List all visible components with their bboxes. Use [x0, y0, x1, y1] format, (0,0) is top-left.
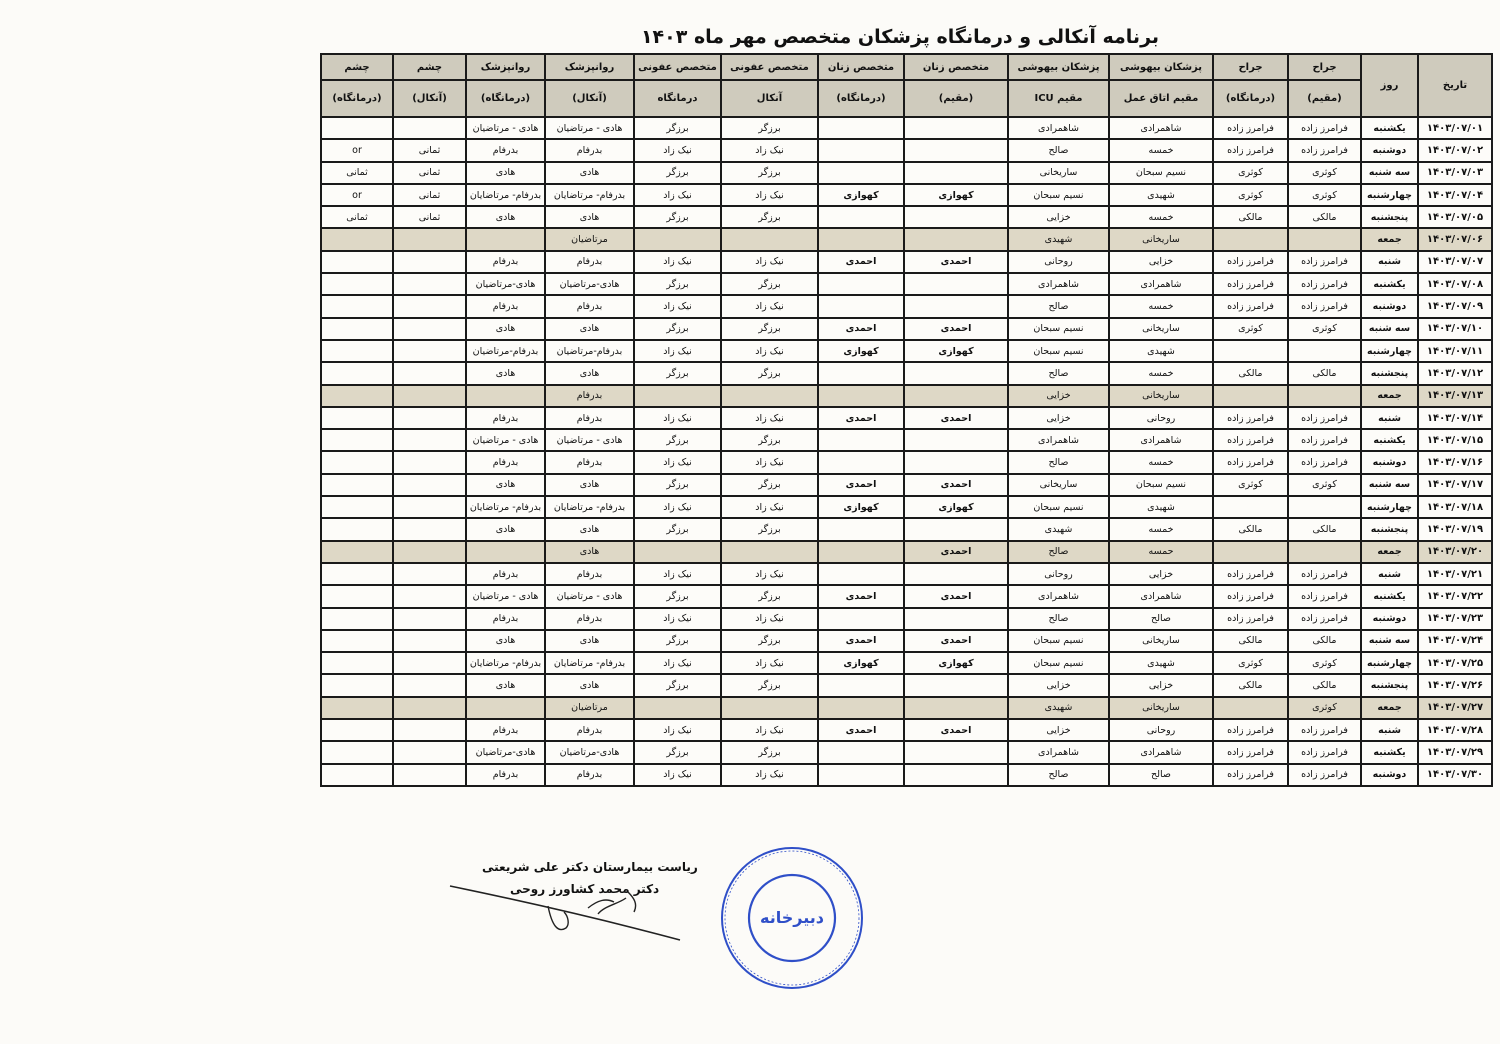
schedule-cell: بدرفام — [466, 608, 545, 630]
schedule-cell — [1213, 541, 1288, 563]
schedule-cell — [393, 741, 466, 763]
schedule-cell — [321, 652, 393, 674]
schedule-cell: حمسه — [1109, 541, 1213, 563]
schedule-table: تاریخروزجراحجراحپزشکان بیهوشیپزشکان بیهو… — [320, 53, 1493, 787]
schedule-cell: فرامرز زاده — [1213, 764, 1288, 786]
schedule-cell: خزایی — [1008, 385, 1109, 407]
schedule-cell — [393, 474, 466, 496]
day-cell: چهارشنبه — [1361, 184, 1418, 206]
schedule-cell — [904, 429, 1008, 451]
schedule-cell: هادی-مرتاضیان — [466, 741, 545, 763]
date-cell: ۱۴۰۳/۰۷/۲۷ — [1418, 697, 1492, 719]
schedule-cell: مالکی — [1288, 674, 1361, 696]
schedule-cell — [721, 541, 818, 563]
schedule-cell: بدرفام — [545, 764, 634, 786]
schedule-cell — [721, 697, 818, 719]
schedule-cell: کوثری — [1213, 162, 1288, 184]
table-row-friday: ۱۴۰۳/۰۷/۰۶جمعهساریخانیشهیدیمرتاضیان — [321, 228, 1492, 250]
schedule-cell: کهوازی — [904, 652, 1008, 674]
schedule-cell: کهوازی — [904, 340, 1008, 362]
day-cell: پنجشنبه — [1361, 674, 1418, 696]
schedule-cell: بدرفام — [466, 295, 545, 317]
table-row: ۱۴۰۳/۰۷/۰۸یکشنبهفرامرز زادهفرامرز زادهشا… — [321, 273, 1492, 295]
schedule-cell: احمدی — [818, 407, 904, 429]
table-row: ۱۴۰۳/۰۷/۰۹دوشنبهفرامرز زادهفرامرز زادهخم… — [321, 295, 1492, 317]
schedule-cell — [818, 764, 904, 786]
schedule-cell: برزگر — [634, 117, 721, 139]
date-cell: ۱۴۰۳/۰۷/۲۶ — [1418, 674, 1492, 696]
schedule-cell — [904, 741, 1008, 763]
schedule-cell: برزگر — [634, 518, 721, 540]
schedule-cell: هادی — [466, 362, 545, 384]
schedule-cell — [321, 407, 393, 429]
schedule-cell: ثمانی — [321, 206, 393, 228]
schedule-cell: خمسه — [1109, 206, 1213, 228]
schedule-cell — [818, 741, 904, 763]
schedule-cell: بدرفام- مرتاضایان — [545, 184, 634, 206]
header-col-top: چشم — [393, 54, 466, 80]
schedule-cell: نسیم سبحان — [1008, 630, 1109, 652]
header-col-bottom: (درمانگاه) — [818, 80, 904, 117]
table-row-friday: ۱۴۰۳/۰۷/۱۳جمعهساریخانیخزاییبدرفام — [321, 385, 1492, 407]
schedule-cell: برزگر — [721, 206, 818, 228]
schedule-cell — [818, 295, 904, 317]
schedule-cell: احمدی — [904, 719, 1008, 741]
schedule-cell: برزگر — [634, 362, 721, 384]
schedule-cell: نسیم سبحان — [1109, 162, 1213, 184]
schedule-cell: خزایی — [1008, 407, 1109, 429]
schedule-cell: نیک زاد — [634, 496, 721, 518]
schedule-cell: برزگر — [721, 117, 818, 139]
schedule-cell: ثمانی — [393, 139, 466, 161]
date-cell: ۱۴۰۳/۰۷/۰۸ — [1418, 273, 1492, 295]
schedule-cell: نیک زاد — [721, 496, 818, 518]
day-cell: شنبه — [1361, 719, 1418, 741]
table-row: ۱۴۰۳/۰۷/۳۰دوشنبهفرامرز زادهفرامرز زادهصا… — [321, 764, 1492, 786]
schedule-cell: خزایی — [1109, 251, 1213, 273]
schedule-cell: مرتاضیان — [545, 228, 634, 250]
schedule-cell: فرامرز زاده — [1288, 295, 1361, 317]
schedule-cell — [1213, 340, 1288, 362]
schedule-cell: ساریخانی — [1109, 228, 1213, 250]
schedule-cell: خزایی — [1008, 674, 1109, 696]
schedule-cell: برزگر — [721, 674, 818, 696]
schedule-cell: بدرفام- مرتاضایان — [545, 496, 634, 518]
schedule-cell — [904, 385, 1008, 407]
schedule-cell: نیک زاد — [721, 451, 818, 473]
date-cell: ۱۴۰۳/۰۷/۲۹ — [1418, 741, 1492, 763]
schedule-cell: فرامرز زاده — [1213, 407, 1288, 429]
schedule-cell — [466, 541, 545, 563]
header-day: روز — [1361, 54, 1418, 117]
schedule-cell — [393, 719, 466, 741]
schedule-cell — [721, 385, 818, 407]
schedule-cell: خزایی — [1109, 674, 1213, 696]
schedule-cell — [393, 608, 466, 630]
date-cell: ۱۴۰۳/۰۷/۱۱ — [1418, 340, 1492, 362]
schedule-cell: صالح — [1008, 295, 1109, 317]
schedule-cell — [818, 674, 904, 696]
date-cell: ۱۴۰۳/۰۷/۲۴ — [1418, 630, 1492, 652]
schedule-cell — [904, 518, 1008, 540]
schedule-cell: شهیدی — [1008, 518, 1109, 540]
schedule-cell — [1288, 228, 1361, 250]
schedule-cell: احمدی — [818, 251, 904, 273]
schedule-cell: احمدی — [904, 251, 1008, 273]
schedule-cell — [818, 117, 904, 139]
schedule-cell: هادی — [466, 206, 545, 228]
schedule-cell — [393, 362, 466, 384]
schedule-cell: برزگر — [634, 585, 721, 607]
schedule-cell: فرامرز زاده — [1213, 273, 1288, 295]
schedule-cell: نیک زاد — [721, 251, 818, 273]
schedule-cell: بدرفام — [545, 295, 634, 317]
schedule-cell: احمدی — [904, 407, 1008, 429]
schedule-cell: فرامرز زاده — [1288, 429, 1361, 451]
schedule-cell: فرامرز زاده — [1288, 719, 1361, 741]
table-row: ۱۴۰۳/۰۷/۲۹یکشنبهفرامرز زادهفرامرز زادهشا… — [321, 741, 1492, 763]
date-cell: ۱۴۰۳/۰۷/۱۷ — [1418, 474, 1492, 496]
table-row: ۱۴۰۳/۰۷/۱۴شنبهفرامرز زادهفرامرز زادهروحا… — [321, 407, 1492, 429]
schedule-cell: کهوازی — [818, 652, 904, 674]
schedule-cell: برزگر — [634, 206, 721, 228]
day-cell: یکشنبه — [1361, 741, 1418, 763]
schedule-cell — [321, 563, 393, 585]
schedule-cell: صالح — [1109, 764, 1213, 786]
schedule-cell: بدرفام — [466, 764, 545, 786]
schedule-cell: روحانی — [1109, 719, 1213, 741]
schedule-cell — [818, 518, 904, 540]
table-row: ۱۴۰۳/۰۷/۱۰سه شنبهکوثریکوثریساریخانینسیم … — [321, 318, 1492, 340]
table-row: ۱۴۰۳/۰۷/۱۹پنجشنبهمالکیمالکیخمسهشهیدیبرزگ… — [321, 518, 1492, 540]
date-cell: ۱۴۰۳/۰۷/۰۲ — [1418, 139, 1492, 161]
schedule-cell: هادی-مرتاضیان — [466, 273, 545, 295]
schedule-cell — [818, 608, 904, 630]
title-text: برنامه آنکالی و درمانگاه پزشکان متخصص مه… — [641, 26, 1159, 48]
day-cell: سه شنبه — [1361, 630, 1418, 652]
schedule-cell: نسیم سبحان — [1008, 318, 1109, 340]
schedule-cell: بدرفام — [545, 608, 634, 630]
schedule-cell: مالکی — [1288, 206, 1361, 228]
date-cell: ۱۴۰۳/۰۷/۲۲ — [1418, 585, 1492, 607]
schedule-cell: فرامرز زاده — [1288, 741, 1361, 763]
day-cell: یکشنبه — [1361, 117, 1418, 139]
schedule-cell: فرامرز زاده — [1288, 764, 1361, 786]
schedule-cell: شاهمرادی — [1008, 741, 1109, 763]
schedule-cell: برزگر — [721, 429, 818, 451]
date-cell: ۱۴۰۳/۰۷/۲۳ — [1418, 608, 1492, 630]
table-row: ۱۴۰۳/۰۷/۲۵چهارشنبهکوثریکوثریشهیدینسیم سب… — [321, 652, 1492, 674]
header-col-top: متخصص عفونی — [634, 54, 721, 80]
header-col-bottom: (درمانگاه) — [466, 80, 545, 117]
header-col-top: جراح — [1213, 54, 1288, 80]
table-row-friday: ۱۴۰۳/۰۷/۲۷جمعهکوثریساریخانیشهیدیمرتاضیان — [321, 697, 1492, 719]
schedule-cell: فرامرز زاده — [1213, 117, 1288, 139]
schedule-cell — [904, 764, 1008, 786]
schedule-cell: بدرفام — [466, 251, 545, 273]
schedule-cell: فرامرز زاده — [1213, 585, 1288, 607]
schedule-cell: احمدی — [818, 585, 904, 607]
schedule-cell: کوثری — [1288, 162, 1361, 184]
schedule-cell: خمسه — [1109, 139, 1213, 161]
schedule-cell — [904, 563, 1008, 585]
schedule-cell: احمدی — [818, 474, 904, 496]
schedule-cell: روحانی — [1008, 563, 1109, 585]
schedule-cell: فرامرز زاده — [1288, 563, 1361, 585]
table-row: ۱۴۰۳/۰۷/۲۴سه شنبهمالکیمالکیساریخانینسیم … — [321, 630, 1492, 652]
table-row: ۱۴۰۳/۰۷/۱۶دوشنبهفرامرز زادهفرامرز زادهخم… — [321, 451, 1492, 473]
schedule-cell: برزگر — [721, 162, 818, 184]
schedule-cell — [1213, 496, 1288, 518]
schedule-cell: نیک زاد — [634, 139, 721, 161]
schedule-cell: هادی — [545, 674, 634, 696]
schedule-cell: کهوازی — [904, 496, 1008, 518]
schedule-cell: کهوازی — [904, 184, 1008, 206]
schedule-cell: بدرفام — [545, 385, 634, 407]
table-row: ۱۴۰۳/۰۷/۰۴چهارشنبهکوثریکوثریشهیدینسیم سب… — [321, 184, 1492, 206]
schedule-cell — [321, 228, 393, 250]
schedule-cell — [904, 228, 1008, 250]
header-col-bottom: (درمانگاه) — [321, 80, 393, 117]
schedule-cell: کوثری — [1213, 474, 1288, 496]
date-cell: ۱۴۰۳/۰۷/۲۸ — [1418, 719, 1492, 741]
schedule-cell: بدرفام-مرتاضیان — [466, 340, 545, 362]
schedule-cell: بدرفام- مرتاضایان — [466, 496, 545, 518]
schedule-cell: هادی — [545, 518, 634, 540]
schedule-cell: نیک زاد — [634, 184, 721, 206]
header-col-bottom: (مقیم) — [904, 80, 1008, 117]
signatory-title: ریاست بیمارستان دکتر علی شریعتی — [482, 860, 698, 874]
table-row: ۱۴۰۳/۰۷/۱۱چهارشنبهشهیدینسیم سبحانکهوازیک… — [321, 340, 1492, 362]
schedule-cell: برزگر — [721, 518, 818, 540]
schedule-cell: بدرفام- مرتاضایان — [466, 184, 545, 206]
day-cell: سه شنبه — [1361, 318, 1418, 340]
schedule-cell: بدرفام-مرتاضیان — [545, 340, 634, 362]
header-col-bottom: (مقیم) — [1288, 80, 1361, 117]
schedule-cell: نسیم سبحان — [1008, 184, 1109, 206]
table-body: ۱۴۰۳/۰۷/۰۱یکشنبهفرامرز زادهفرامرز زادهشا… — [321, 117, 1492, 786]
schedule-cell — [466, 385, 545, 407]
schedule-cell: مالکی — [1288, 518, 1361, 540]
schedule-cell — [321, 764, 393, 786]
schedule-cell: هادی — [545, 362, 634, 384]
schedule-cell — [634, 697, 721, 719]
schedule-cell: احمدی — [904, 474, 1008, 496]
schedule-cell: برزگر — [634, 318, 721, 340]
schedule-cell: بدرفام — [545, 139, 634, 161]
schedule-cell: کوثری — [1288, 697, 1361, 719]
schedule-cell — [818, 273, 904, 295]
day-cell: جمعه — [1361, 385, 1418, 407]
schedule-cell: شاهمرادی — [1008, 273, 1109, 295]
schedule-cell — [321, 117, 393, 139]
date-cell: ۱۴۰۳/۰۷/۱۶ — [1418, 451, 1492, 473]
header-col-bottom: (آنکال) — [393, 80, 466, 117]
schedule-cell: روحانی — [1008, 251, 1109, 273]
schedule-cell: هادی — [545, 541, 634, 563]
schedule-cell — [321, 674, 393, 696]
day-cell: یکشنبه — [1361, 429, 1418, 451]
schedule-cell: کوثری — [1213, 652, 1288, 674]
schedule-cell — [818, 429, 904, 451]
schedule-cell — [393, 385, 466, 407]
schedule-cell: نیک زاد — [721, 608, 818, 630]
date-cell: ۱۴۰۳/۰۷/۱۲ — [1418, 362, 1492, 384]
schedule-cell: ثمانی — [321, 162, 393, 184]
day-cell: یکشنبه — [1361, 273, 1418, 295]
schedule-cell: کوثری — [1288, 474, 1361, 496]
schedule-cell: هادی — [466, 318, 545, 340]
table-row: ۱۴۰۳/۰۷/۰۲دوشنبهفرامرز زادهفرامرز زادهخم… — [321, 139, 1492, 161]
schedule-cell — [321, 741, 393, 763]
schedule-cell: برزگر — [634, 741, 721, 763]
schedule-cell: برزگر — [721, 318, 818, 340]
table-header: تاریخروزجراحجراحپزشکان بیهوشیپزشکان بیهو… — [321, 54, 1492, 117]
schedule-cell: شاهمرادی — [1109, 273, 1213, 295]
schedule-cell: هادی — [466, 674, 545, 696]
schedule-cell: نیک زاد — [634, 652, 721, 674]
schedule-cell: خزایی — [1109, 563, 1213, 585]
schedule-cell: شهیدی — [1109, 184, 1213, 206]
day-cell: دوشنبه — [1361, 764, 1418, 786]
schedule-cell — [321, 385, 393, 407]
schedule-cell — [321, 318, 393, 340]
header-col-top: پزشکان بیهوشی — [1109, 54, 1213, 80]
schedule-cell — [393, 117, 466, 139]
schedule-cell: شاهمرادی — [1109, 585, 1213, 607]
schedule-cell — [904, 362, 1008, 384]
schedule-cell — [321, 251, 393, 273]
schedule-cell — [904, 162, 1008, 184]
schedule-cell — [721, 228, 818, 250]
schedule-cell — [904, 295, 1008, 317]
schedule-cell: بدرفام — [545, 451, 634, 473]
day-cell: پنجشنبه — [1361, 362, 1418, 384]
schedule-cell — [818, 563, 904, 585]
schedule-cell — [321, 585, 393, 607]
schedule-cell: بدرفام — [545, 251, 634, 273]
schedule-cell: ثمانی — [393, 184, 466, 206]
schedule-cell — [466, 697, 545, 719]
schedule-cell: فرامرز زاده — [1213, 719, 1288, 741]
schedule-cell: نیک زاد — [721, 184, 818, 206]
day-cell: شنبه — [1361, 563, 1418, 585]
schedule-cell: فرامرز زاده — [1213, 741, 1288, 763]
schedule-cell: نیک زاد — [634, 251, 721, 273]
day-cell: شنبه — [1361, 407, 1418, 429]
schedule-cell: نیک زاد — [634, 340, 721, 362]
schedule-cell: or — [321, 139, 393, 161]
schedule-cell: بدرفام — [466, 451, 545, 473]
schedule-cell: هادی - مرتاضیان — [466, 429, 545, 451]
schedule-cell — [1288, 541, 1361, 563]
schedule-cell: کوثری — [1213, 184, 1288, 206]
schedule-cell: صالح — [1008, 764, 1109, 786]
schedule-cell: شاهمرادی — [1109, 429, 1213, 451]
schedule-cell: فرامرز زاده — [1288, 251, 1361, 273]
schedule-cell — [1213, 385, 1288, 407]
schedule-cell: ساریخانی — [1109, 385, 1213, 407]
schedule-cell: هادی — [466, 474, 545, 496]
header-col-bottom: (درمانگاه) — [1213, 80, 1288, 117]
schedule-cell — [393, 563, 466, 585]
date-cell: ۱۴۰۳/۰۷/۱۹ — [1418, 518, 1492, 540]
schedule-cell: نسیم سبحان — [1008, 340, 1109, 362]
schedule-cell — [321, 496, 393, 518]
schedule-cell: فرامرز زاده — [1288, 273, 1361, 295]
schedule-cell — [393, 674, 466, 696]
date-cell: ۱۴۰۳/۰۷/۱۸ — [1418, 496, 1492, 518]
schedule-cell: فرامرز زاده — [1213, 251, 1288, 273]
schedule-cell: خمسه — [1109, 451, 1213, 473]
schedule-cell: نیک زاد — [634, 295, 721, 317]
schedule-cell — [393, 340, 466, 362]
date-cell: ۱۴۰۳/۰۷/۲۰ — [1418, 541, 1492, 563]
schedule-cell — [321, 541, 393, 563]
schedule-cell — [1213, 697, 1288, 719]
table-row: ۱۴۰۳/۰۷/۱۷سه شنبهکوثریکوثرینسیم سبحانسار… — [321, 474, 1492, 496]
schedule-cell — [393, 451, 466, 473]
schedule-cell — [1213, 228, 1288, 250]
schedule-cell: هادی - مرتاضیان — [466, 117, 545, 139]
schedule-cell: ساریخانی — [1109, 630, 1213, 652]
schedule-cell: ساریخانی — [1109, 697, 1213, 719]
schedule-cell: احمدی — [904, 630, 1008, 652]
schedule-cell: مالکی — [1288, 630, 1361, 652]
schedule-cell: فرامرز زاده — [1288, 139, 1361, 161]
schedule-cell — [321, 630, 393, 652]
date-cell: ۱۴۰۳/۰۷/۰۹ — [1418, 295, 1492, 317]
header-col-bottom: مقیم ICU — [1008, 80, 1109, 117]
header-date: تاریخ — [1418, 54, 1492, 117]
schedule-cell: هادی — [545, 162, 634, 184]
schedule-cell — [818, 697, 904, 719]
schedule-cell: خزایی — [1008, 719, 1109, 741]
schedule-cell — [1288, 496, 1361, 518]
schedule-cell: شهیدی — [1008, 697, 1109, 719]
schedule-cell: هادی — [545, 206, 634, 228]
schedule-cell: فرامرز زاده — [1213, 563, 1288, 585]
schedule-cell: هادی - مرتاضیان — [545, 429, 634, 451]
schedule-cell — [904, 139, 1008, 161]
date-cell: ۱۴۰۳/۰۷/۳۰ — [1418, 764, 1492, 786]
schedule-cell: نیک زاد — [634, 407, 721, 429]
table-row: ۱۴۰۳/۰۷/۰۵پنجشنبهمالکیمالکیخمسهخزاییبرزگ… — [321, 206, 1492, 228]
schedule-cell — [321, 340, 393, 362]
schedule-cell: احمدی — [904, 541, 1008, 563]
schedule-cell: برزگر — [634, 674, 721, 696]
date-cell: ۱۴۰۳/۰۷/۱۴ — [1418, 407, 1492, 429]
day-cell: یکشنبه — [1361, 585, 1418, 607]
schedule-cell — [818, 541, 904, 563]
schedule-cell — [393, 429, 466, 451]
schedule-cell: شاهمرادی — [1109, 117, 1213, 139]
schedule-cell: نیک زاد — [721, 563, 818, 585]
table-row: ۱۴۰۳/۰۷/۰۱یکشنبهفرامرز زادهفرامرز زادهشا… — [321, 117, 1492, 139]
schedule-cell: برزگر — [634, 429, 721, 451]
date-cell: ۱۴۰۳/۰۷/۲۱ — [1418, 563, 1492, 585]
schedule-cell: مالکی — [1213, 362, 1288, 384]
schedule-cell — [466, 228, 545, 250]
schedule-cell — [393, 697, 466, 719]
header-col-top: جراح — [1288, 54, 1361, 80]
header-col-top: چشم — [321, 54, 393, 80]
schedule-cell: هادی — [545, 474, 634, 496]
date-cell: ۱۴۰۳/۰۷/۱۳ — [1418, 385, 1492, 407]
schedule-cell: فرامرز زاده — [1213, 295, 1288, 317]
schedule-cell: فرامرز زاده — [1213, 451, 1288, 473]
date-cell: ۱۴۰۳/۰۷/۱۵ — [1418, 429, 1492, 451]
